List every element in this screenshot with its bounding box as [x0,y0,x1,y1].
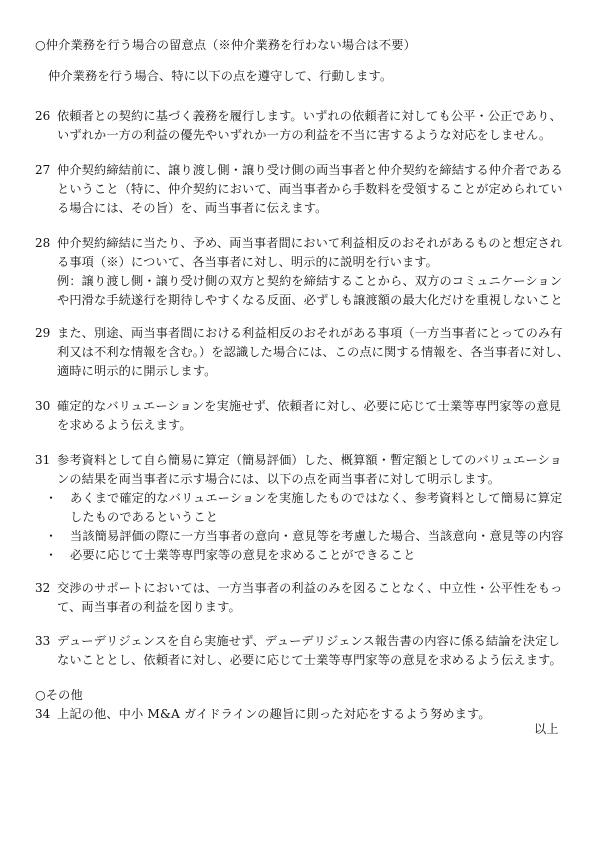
item-text-line: 仲介契約締結に当たり、予め、両当事者間において利益相反のおそれがあるものと想定さ… [57,234,562,253]
item-text-line: を求めるよう伝えます。 [57,416,192,435]
item-text-line: 参考資料として自ら簡易に算定（簡易評価）した、概算額・暫定額としてのバリュエーシ… [57,451,562,470]
bullet-text-line: 当該簡易評価の際に一方当事者の意向・意見等を考慮した場合、当該意向・意見等の内容 [70,527,564,546]
item-text-line: ということ（特に、仲介契約において、両当事者から手数料を受領することが定められて… [57,180,563,199]
bullet-marker: ・ [45,527,57,546]
item-text-line: 適時に明示的に開示します。 [57,362,216,381]
item-number: 33 [35,632,50,651]
item-number: 27 [35,161,50,180]
item-text-line: また、別途、両当事者間における利益相反のおそれがある事項（一方当事者にとってのみ… [57,324,563,343]
document-page: ○仲介業務を行う場合の留意点（※仲介業務を行わない場合は不要） 仲介業務を行う場… [0,0,595,841]
item-text-line: 交渉のサポートにおいては、一方当事者の利益のみを図ることなく、中立性・公平性をも… [57,579,563,598]
item-text-line: 利又は不利な情報を含む。）を認識した場合には、この点に関する情報を、各当事者に対… [57,343,569,362]
closing-mark: 以上 [534,720,559,739]
item-text-line: 上記の他、中小 M&A ガイドラインの趣旨に則った対応をするよう努めます。 [57,705,491,724]
item-number: 29 [35,324,50,343]
item-text-line: て、両当事者の利益を図ります。 [57,598,241,617]
item-text-line: る事項（※）について、各当事者に対し、明示的に説明を行います。 [57,253,438,272]
item-text-line: いずれか一方の利益の優先やいずれか一方の利益を不当に害するような対応をしません。 [57,126,551,145]
item-number: 34 [35,705,50,724]
bullet-text-line: したものであるということ [70,508,218,527]
item-example-line: や円滑な手続遂行を期待しやすくなる反面、必ずしも譲渡額の最大化だけを重視しないこ… [57,291,563,310]
item-text-line: る場合には、その旨）を、両当事者に伝えます。 [57,199,327,218]
item-number: 32 [35,579,50,598]
item-number: 28 [35,234,50,253]
bullet-marker: ・ [45,489,57,508]
item-text-line: 確定的なバリュエーションを実施せず、依頼者に対し、必要に応じて士業等専門家等の意… [57,397,561,416]
item-text-line: ないこととし、依頼者に対し、必要に応じて士業等専門家等の意見を求めるよう伝えます… [57,651,562,670]
item-number: 30 [35,397,50,416]
item-example-line: 例：譲り渡し側・譲り受け側の双方と契約を締結することから、双方のコミュニケーショ… [57,272,562,291]
item-number: 26 [35,107,50,126]
intro-text: 仲介業務を行う場合、特に以下の点を遵守して、行動します。 [48,67,392,86]
item-text-line: 仲介契約締結前に、譲り渡し側・譲り受け側の両当事者と仲介契約を締結する仲介者であ… [57,161,563,180]
bullet-text-line: あくまで確定的なバリュエーションを実施したものではなく、参考資料として簡易に算定 [70,489,562,508]
item-text-line: ンの結果を両当事者に示す場合には、以下の点を両当事者に対して明示します。 [57,470,500,489]
section-header: ○仲介業務を行う場合の留意点（※仲介業務を行わない場合は不要） [35,36,416,55]
bullet-marker: ・ [45,546,57,565]
item-text-line: デューデリジェンスを自ら実施せず、デューデリジェンス報告書の内容に係る結論を決定… [57,632,560,651]
item-number: 31 [35,451,50,470]
other-header: ○その他 [35,686,83,705]
item-text-line: 依頼者との契約に基づく義務を履行します。いずれの依頼者に対しても公平・公正であり… [57,107,562,126]
bullet-text-line: 必要に応じて士業等専門家等の意見を求めることができること [70,546,415,565]
